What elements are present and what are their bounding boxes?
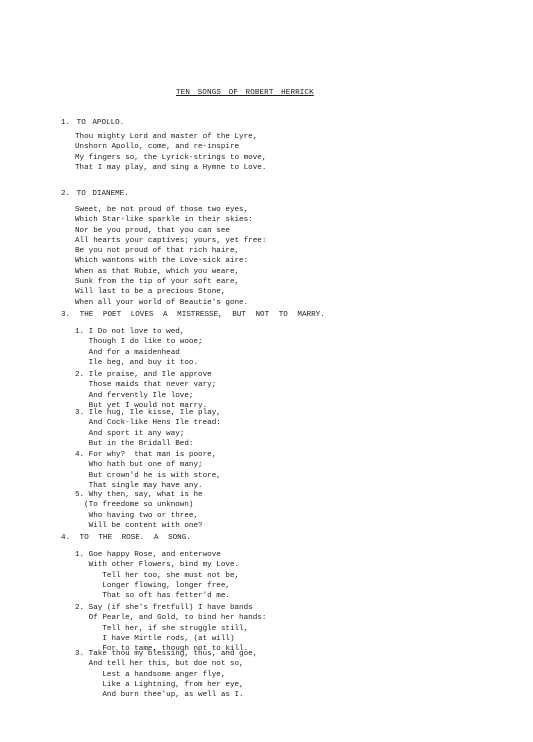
poem-line: Those maids that never vary; (75, 380, 216, 390)
poem-line: Will last to be a precious Stone, (75, 287, 266, 297)
poem-line: Nor be you proud, that you can see (75, 226, 266, 236)
poem-line: That so oft has fetter'd me. (75, 591, 239, 601)
poem-line: My fingers so, the Lyrick-strings to mov… (75, 153, 266, 163)
poem-line: All hearts your captives; yours, yet fre… (75, 236, 266, 246)
poem-line: And for a maidenhead (75, 348, 203, 358)
poem-line: Of Pearle, and Gold, to bind her hands: (75, 613, 266, 623)
stanza-3-5: 5. Why then, say, what is he (To freedom… (75, 490, 203, 531)
stanza-4-1: 1. Goe happy Rose, and enterwove With ot… (75, 550, 239, 601)
stanza-3-3: 3. Ile hug, Ile kisse, Ile play, And Coc… (75, 408, 221, 449)
stanza-4-2: 2. Say (if she's fretfull) I have bands … (75, 603, 266, 654)
poem-line: I have Mirtle rods, (at will) (75, 634, 266, 644)
poem-line: And Cock-like Hens Ile tread: (75, 418, 221, 428)
stanza-3-2: 2. Ile praise, and Ile approve Those mai… (75, 370, 216, 411)
poem-line: (To freedome so unknown) (75, 500, 203, 510)
section-heading-to-apollo: 1. TO APOLLO. (61, 118, 124, 128)
poem-line: Will be content with one? (75, 521, 203, 531)
section-heading-to-the-rose: 4. TO THE ROSE. A SONG. (61, 533, 191, 543)
poem-to-dianeme: Sweet, be not proud of those two eyes, W… (75, 205, 266, 308)
poem-line: Which wantons with the Love-sick aire: (75, 256, 266, 266)
poem-line: When all your world of Beautie's gone. (75, 298, 266, 308)
poem-line: Sunk from the tip of your soft eare, (75, 277, 266, 287)
poem-to-apollo: Thou mighty Lord and master of the Lyre,… (75, 132, 266, 173)
poem-line: Which Star-like sparkle in their skies: (75, 215, 266, 225)
poem-line: 5. Why then, say, what is he (75, 490, 203, 500)
poem-line: Tell her too, she must not be, (75, 571, 239, 581)
poem-line: Who having two or three, (75, 511, 203, 521)
section-heading-to-dianeme: 2. TO DIANEME. (61, 189, 129, 199)
poem-line: 1. Goe happy Rose, and enterwove (75, 550, 239, 560)
poem-line: Sweet, be not proud of those two eyes, (75, 205, 266, 215)
poem-line: And fervently Ile love; (75, 391, 216, 401)
stanza-3-4: 4. For why? that man is poore, Who hath … (75, 450, 221, 491)
poem-line: Tell her, if she struggle still, (75, 624, 266, 634)
poem-line: Lest a handsome anger flye, (75, 670, 257, 680)
poem-line: When as that Rubie, which you weare, (75, 267, 266, 277)
poem-line: Unshorn Apollo, come, and re-inspire (75, 142, 266, 152)
poem-line: That I may play, and sing a Hymne to Lov… (75, 163, 266, 173)
stanza-3-1: 1. I Do not love to wed, Though I do lik… (75, 327, 203, 368)
poem-line: Be you not proud of that rich haire, (75, 246, 266, 256)
document-title: TEN SONGS OF ROBERT HERRICK (176, 88, 314, 98)
poem-line: Who hath but one of many; (75, 460, 221, 470)
poem-line: 2. Ile praise, and Ile approve (75, 370, 216, 380)
stanza-4-3: 3. Take thou my blessing, thus, and goe,… (75, 649, 257, 700)
poem-line: Longer flowing, longer free, (75, 581, 239, 591)
poem-line: 3. Take thou my blessing, thus, and goe, (75, 649, 257, 659)
poem-line: But in the Bridall Bed: (75, 439, 221, 449)
poem-line: Like a Lightning, from her eye, (75, 680, 257, 690)
poem-line: 3. Ile hug, Ile kisse, Ile play, (75, 408, 221, 418)
poem-line: With other Flowers, bind my Love. (75, 560, 239, 570)
poem-line: And burn thee'up, as well as I. (75, 690, 257, 700)
poem-line: 1. I Do not love to wed, (75, 327, 203, 337)
typed-page: TEN SONGS OF ROBERT HERRICK 1. TO APOLLO… (0, 0, 533, 742)
poem-line: And tell her this, but doe not so, (75, 659, 257, 669)
poem-line: Ile beg, and buy it too. (75, 358, 203, 368)
poem-line: 4. For why? that man is poore, (75, 450, 221, 460)
section-heading-poet-loves-mistresse: 3. THE POET LOVES A MISTRESSE, BUT NOT T… (61, 310, 325, 320)
poem-line: But crown'd he is with store, (75, 471, 221, 481)
poem-line: 2. Say (if she's fretfull) I have bands (75, 603, 266, 613)
poem-line: And sport it any way; (75, 429, 221, 439)
poem-line: Though I do like to wooe; (75, 337, 203, 347)
poem-line: Thou mighty Lord and master of the Lyre, (75, 132, 266, 142)
